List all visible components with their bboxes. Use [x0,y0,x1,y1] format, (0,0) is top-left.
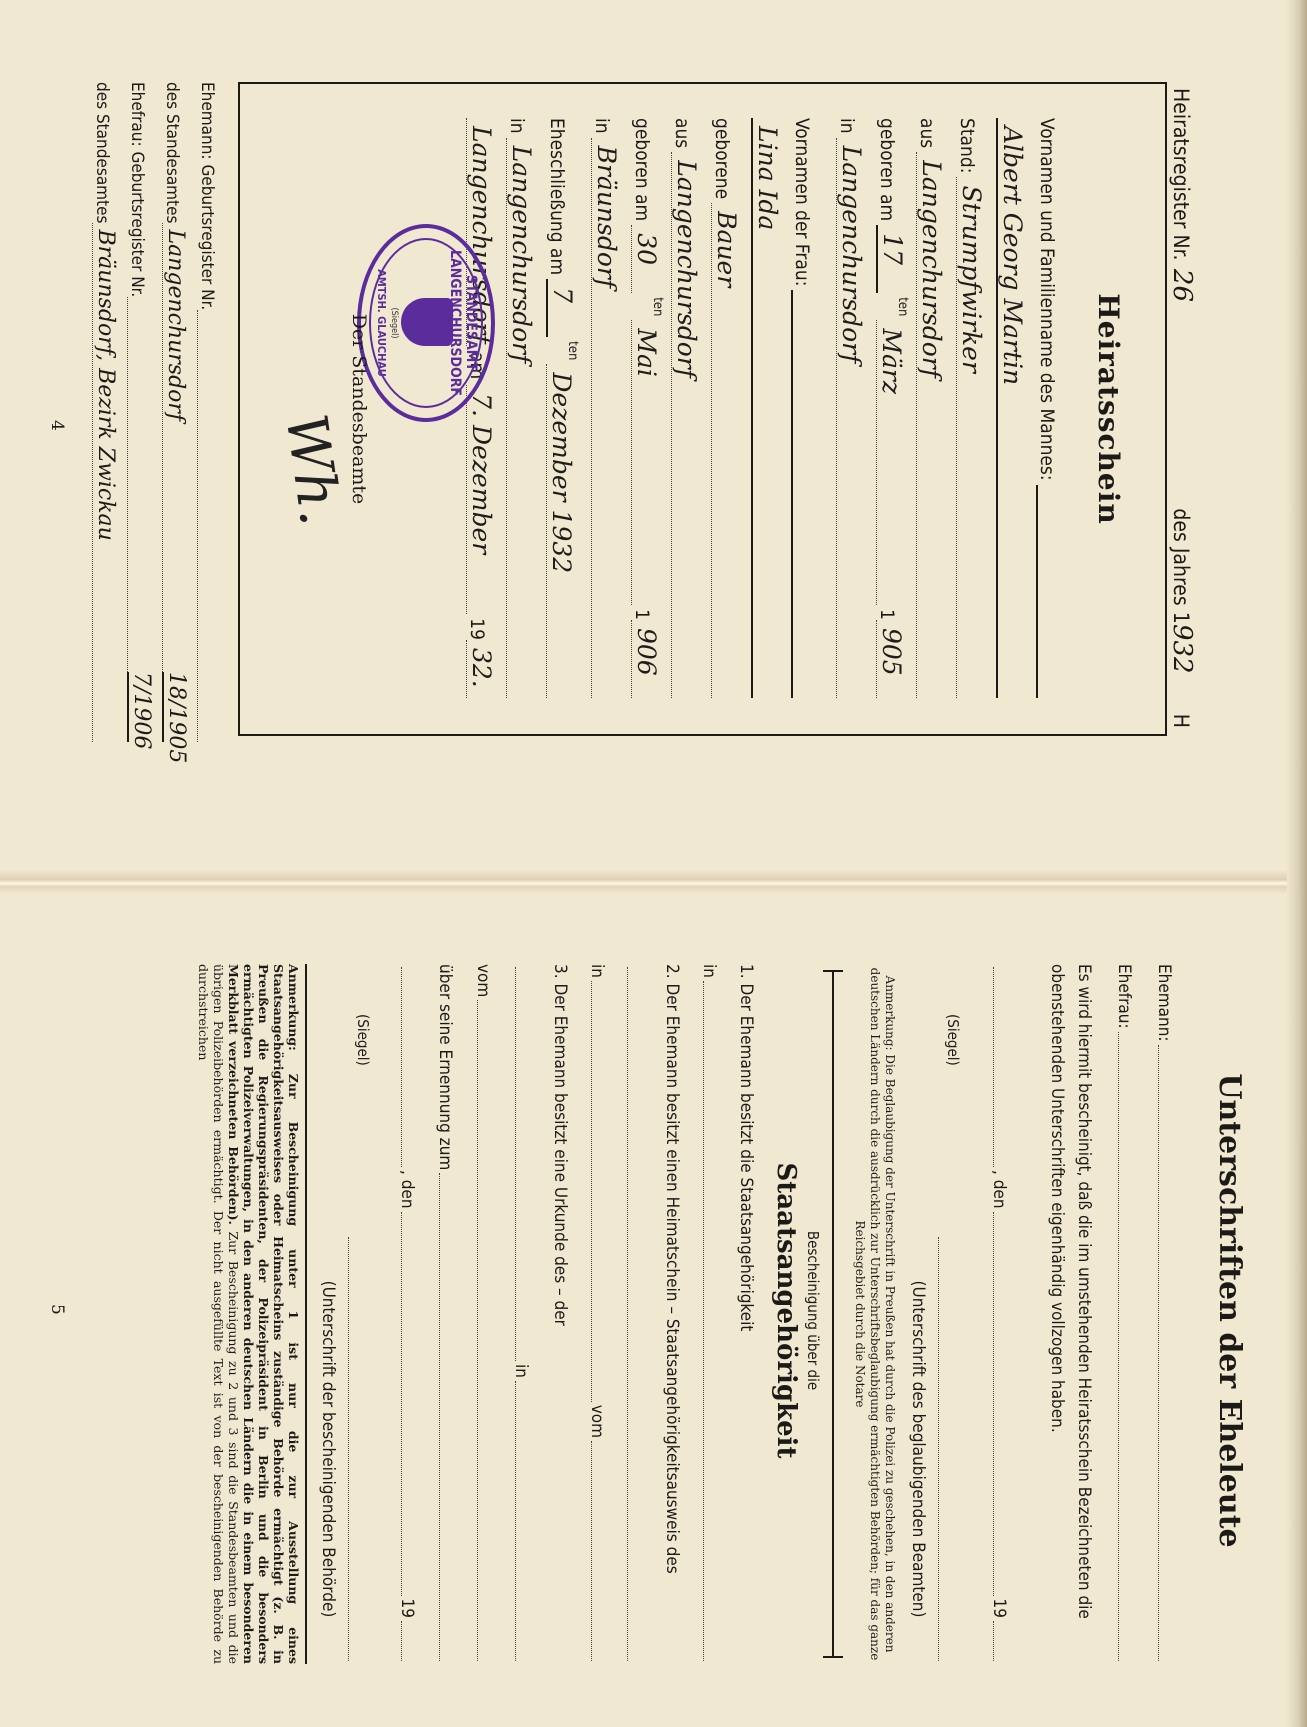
year-prefix: 1 [876,609,898,620]
wife-birth-register-label: Ehefrau: Geburtsregister Nr. [127,82,147,297]
item-3: 3. Der Ehemann besitzt eine Urkunde des … [546,964,573,1664]
wife-name-row: Lina Ida [751,118,785,698]
maiden-label: geborene [711,118,733,199]
registrar-signature: Wh. [273,410,353,529]
registrar-label: Der Standesbeamte [348,84,370,734]
husband-from-row: aus Langenchursdorf [916,118,950,698]
wife-birthplace: Bräunsdorf [591,138,621,698]
wife-name-label-row: Vornamen der Frau: [791,118,825,698]
husband-occupation-row: Stand: Strumpfwirker [956,118,990,698]
year-label: des Jahres 1 [1169,508,1193,623]
wife-birth-number: 7/1906 [127,672,154,742]
saxony-crest-icon [401,298,453,346]
section-divider [829,964,837,1664]
from-label: aus [671,118,693,148]
authority-signature-caption: (Unterschrift der bescheinigenden Behörd… [314,1234,341,1664]
wife-name-label: Vornamen der Frau: [791,118,813,286]
vom-label: vom [473,964,493,997]
year-prefix: 1 [631,609,653,620]
wife-born-row: geboren am 30 ten Mai 1 906 [631,118,665,698]
year-label: 19 [397,1599,417,1618]
item-1-in-line: in [699,964,727,1664]
register-number: 26 [1166,260,1197,310]
item-3-appointment-line: über seine Ernennung zum [435,964,463,1664]
marriage-day: 7 [546,279,577,337]
wife-from: Langenchursdorf [671,152,701,698]
scan-edge-right [1287,0,1307,1727]
page-number-5: 5 [47,1304,67,1315]
official-stamp: STANDESAMT LANGENCHURSDORF (Siegel) AMTS… [357,224,495,422]
husband-office-row: des Standesamtes Langenchursdorf 18/1905 [162,82,192,742]
den-label: , den [989,1170,1009,1209]
from-label: aus [916,118,938,148]
stamp-siegel-label: (Siegel) [389,228,399,418]
husband-name-label: Vornamen und Familienname des Mannes: [1036,118,1058,481]
marriage-month-year: Dezember 1932 [546,364,576,698]
place-date-line-2: , den 19 [397,964,425,1664]
husband-name-label-row: Vornamen und Familienname des Mannes: [1036,118,1070,698]
in-label: in [511,1364,531,1378]
issue-date: 7. Dezember [466,385,496,614]
husband-birth-number: 18/1905 [162,672,189,742]
vom-label: vom [587,1405,607,1438]
issue-year: 32. [466,640,496,698]
signatures-title: Unterschriften der Eheleute [1212,894,1247,1727]
office-label: des Standesamtes [162,82,182,223]
wife-born-year: 906 [631,620,661,698]
footnote-rule [305,964,307,1664]
wife-birthplace-row: in Bräunsdorf [591,118,625,698]
siegel-label-1: (Siegel) [944,1014,962,1066]
husband-name: Albert Georg Martin [996,118,1027,698]
ten-suffix: ten [565,341,580,360]
stamp-inner-text: AMTSH. GLAUCHAU [375,228,388,418]
marriage-date-row: Eheschließung am 7 ten Dezember 1932 [546,118,580,698]
office-label: des Standesamtes [92,82,112,223]
husband-birth-office: Langenchursdorf [162,223,188,672]
page-number-4: 4 [47,420,67,431]
item-2-in-line: in vom [587,964,615,1664]
in-label: in [506,118,528,134]
book-gutter [0,870,1307,894]
born-label: geboren am [631,118,653,221]
husband-birthplace-row: in Langenchursdorf [836,118,870,698]
husband-birth-register-row: Ehemann: Geburtsregister Nr. [197,82,227,742]
ten-suffix: ten [650,297,665,316]
appointment-label: über seine Ernennung zum [435,964,455,1170]
note-authentication: Anmerkung: Die Beglaubigung der Untersch… [852,964,897,1664]
in-label: in [836,118,858,134]
wife-office-row: des Standesamtes Bräunsdorf, Bezirk Zwic… [92,82,122,742]
den-label: , den [397,1170,417,1209]
item-3-in-line: in [511,964,539,1664]
in-label: in [699,964,719,978]
item-3-vom-line: vom [473,964,501,1664]
year-prefix: 19 [466,618,488,640]
footnote: Anmerkung: Zur Bescheinigung unter 1 ist… [196,964,301,1664]
husband-born-row: geboren am 17 ten März 1 905 [876,118,910,698]
husband-from: Langenchursdorf [916,152,946,698]
wife-maiden-row: geborene Bauer [711,118,745,698]
husband-birth-register-label: Ehemann: Geburtsregister Nr. [197,82,217,310]
marriage-place-row: in Langenchursdorf [506,118,540,698]
wife-signature-line: Ehefrau: [1114,964,1142,1664]
official-signature-line [934,1234,962,1664]
wife-maiden-name: Bauer [711,203,741,698]
page-4: Heiratsregister Nr. 26 des Jahres 1 932 … [0,0,1307,870]
item-1: 1. Der Ehemann besitzt die Staatsangehör… [732,964,759,1664]
husband-name-row: Albert Georg Martin [996,118,1030,698]
certificate-title: Heiratsschein [1092,84,1125,734]
item-2-line [623,964,651,1664]
authority-signature-line [344,1234,372,1664]
wife-born-month: Mai [631,320,661,605]
page-5: Unterschriften der Eheleute Ehemann: Ehe… [0,894,1307,1727]
citizenship-title: Staatsangehörigkeit [771,894,801,1727]
husband-signature-line: Ehemann: [1154,964,1182,1664]
marriage-label: Eheschließung am [546,118,568,275]
born-label: geboren am [876,118,898,221]
wife-birth-register-row: Ehefrau: Geburtsregister Nr. 7/1906 [127,82,157,742]
official-signature-caption: (Unterschrift des beglaubigenden Beamten… [904,1234,931,1664]
wife-label: Ehefrau: [1114,964,1134,1029]
marriage-place: Langenchursdorf [506,138,536,698]
husband-born-day: 17 [876,225,907,293]
wife-name: Lina Ida [751,118,782,698]
register-year: 932 [1166,624,1197,674]
wife-from-row: aus Langenchursdorf [671,118,705,698]
in-label: in [587,964,607,978]
certification-text: Es wird hiermit bescheinigt, daß die im … [1043,964,1097,1664]
occupation-label: Stand: [956,118,978,173]
husband-label: Ehemann: [1154,964,1174,1042]
year-label: 19 [989,1599,1009,1618]
place-date-line: , den 19 [989,964,1017,1664]
document-spread: Heiratsregister Nr. 26 des Jahres 1 932 … [0,0,1307,1727]
wife-birth-office: Bräunsdorf, Bezirk Zwickau [92,223,118,742]
husband-occupation: Strumpfwirker [956,177,986,698]
husband-birthplace: Langenchursdorf [836,138,866,698]
certificate-frame: Heiratsschein Vornamen und Familienname … [238,82,1167,736]
register-label: Heiratsregister Nr. [1169,88,1193,260]
in-label: in [591,118,613,134]
ten-suffix: ten [895,297,910,316]
item-2: 2. Der Ehemann besitzt einen Heimatschei… [658,964,685,1664]
wife-born-day: 30 [631,225,661,293]
register-line: Heiratsregister Nr. 26 des Jahres 1 932 … [1166,88,1197,728]
siegel-label-2: (Siegel) [354,1014,372,1066]
register-letter: H [1169,714,1193,728]
citizenship-subtitle: Bescheinigung über die [804,894,822,1727]
husband-born-month: März [876,320,906,605]
husband-born-year: 905 [876,620,906,698]
